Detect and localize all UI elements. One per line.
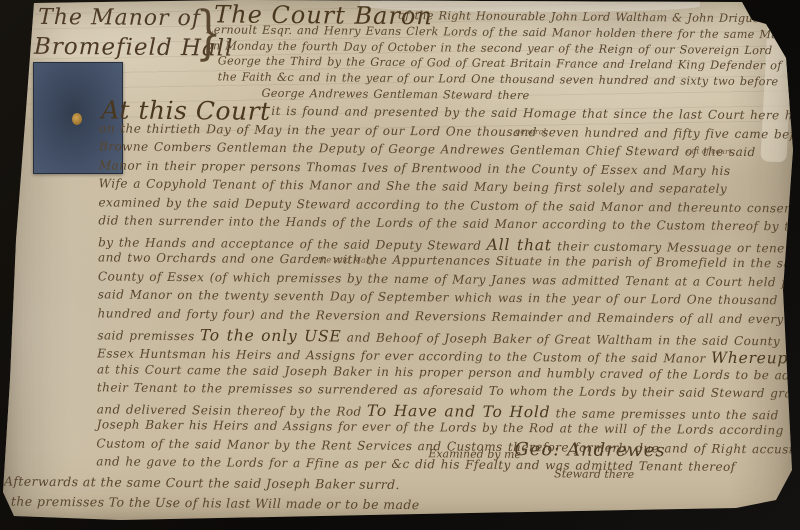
manuscript-text: The Manor of Bromefield Hall } The Court… (0, 0, 800, 530)
signature-title: Steward there (554, 467, 634, 481)
body-line-text: said premisses (97, 328, 200, 343)
interlineation: general (515, 127, 546, 136)
manor-of-label: The Manor of (38, 5, 201, 31)
body-line-text: their customary Messuage or tenement (552, 239, 800, 255)
parchment-document: The Manor of Bromefield Hall } The Court… (0, 0, 800, 530)
steward-signature: Geo: Andrewes (514, 439, 666, 461)
body-line-text: it is found and presented by the said Ho… (271, 104, 800, 123)
afterwards-line: Afterwards at the same Court the said Jo… (4, 474, 400, 492)
interlineation: out of court (687, 147, 732, 156)
emphasized-phrase: To the only USE (200, 326, 342, 345)
afterwards-line: the premisses To the Use of his last Wil… (11, 494, 420, 513)
body-line-text: the same premisses unto the said (550, 406, 779, 422)
heading-block: of the Right Honourable John Lord Waltha… (205, 7, 798, 107)
examined-note: Examined by me (428, 447, 521, 461)
body-block: it is found and presented by the said Ho… (96, 102, 799, 479)
body-line-text: and delivered Seisin thereof by the Rod (97, 402, 367, 418)
body-line-text: by the Hands and acceptance of the said … (98, 235, 487, 252)
emphasized-phrase: To Have and To Hold (367, 401, 551, 421)
emphasized-phrase: All that (487, 236, 552, 255)
photo-backdrop: The Manor of Bromefield Hall } The Court… (0, 0, 800, 530)
emphasized-phrase: Whereupon (711, 349, 800, 368)
interlineation: the said Mary (318, 255, 374, 264)
